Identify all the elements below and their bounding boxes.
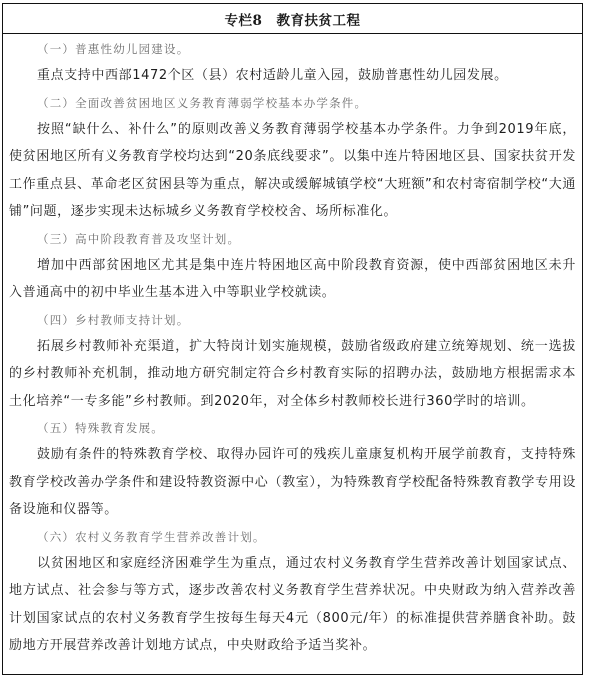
column-body: （一）普惠性幼儿园建设。 重点支持中西部1472个区（县）农村适龄儿童入园，鼓励… (3, 34, 582, 660)
section-body-4: 拓展乡村教师补充渠道，扩大特岗计划实施规模，鼓励省级政府建立统筹规划、统一选拔的… (9, 333, 576, 416)
column-title: 教育扶贫工程 (276, 9, 360, 29)
section-body-3: 增加中西部贫困地区尤其是集中连片特困地区高中阶段教育资源，使中西部贫困地区未升入… (9, 252, 576, 307)
section-body-5: 鼓励有条件的特殊教育学校、取得办园许可的残疾儿童康复机构开展学前教育，支持特殊教… (9, 441, 576, 524)
section-heading-3: （三）高中阶段教育普及攻坚计划。 (9, 226, 576, 252)
section-heading-5: （五）特殊教育发展。 (9, 415, 576, 441)
section-heading-1: （一）普惠性幼儿园建设。 (9, 36, 576, 62)
project-column-box: 专栏8 教育扶贫工程 （一）普惠性幼儿园建设。 重点支持中西部1472个区（县）… (2, 3, 583, 675)
section-body-1: 重点支持中西部1472个区（县）农村适龄儿童入园，鼓励普惠性幼儿园发展。 (9, 62, 576, 90)
section-heading-2: （二）全面改善贫困地区义务教育薄弱学校基本办学条件。 (9, 90, 576, 116)
section-body-2: 按照“缺什么、补什么”的原则改善义务教育薄弱学校基本办学条件。力争到2019年底… (9, 116, 576, 226)
column-header: 专栏8 教育扶贫工程 (3, 4, 582, 34)
section-heading-6: （六）农村义务教育学生营养改善计划。 (9, 524, 576, 550)
section-heading-4: （四）乡村教师支持计划。 (9, 307, 576, 333)
column-label: 专栏8 (225, 9, 263, 29)
section-body-6: 以贫困地区和家庭经济困难学生为重点，通过农村义务教育学生营养改善计划国家试点、地… (9, 550, 576, 660)
